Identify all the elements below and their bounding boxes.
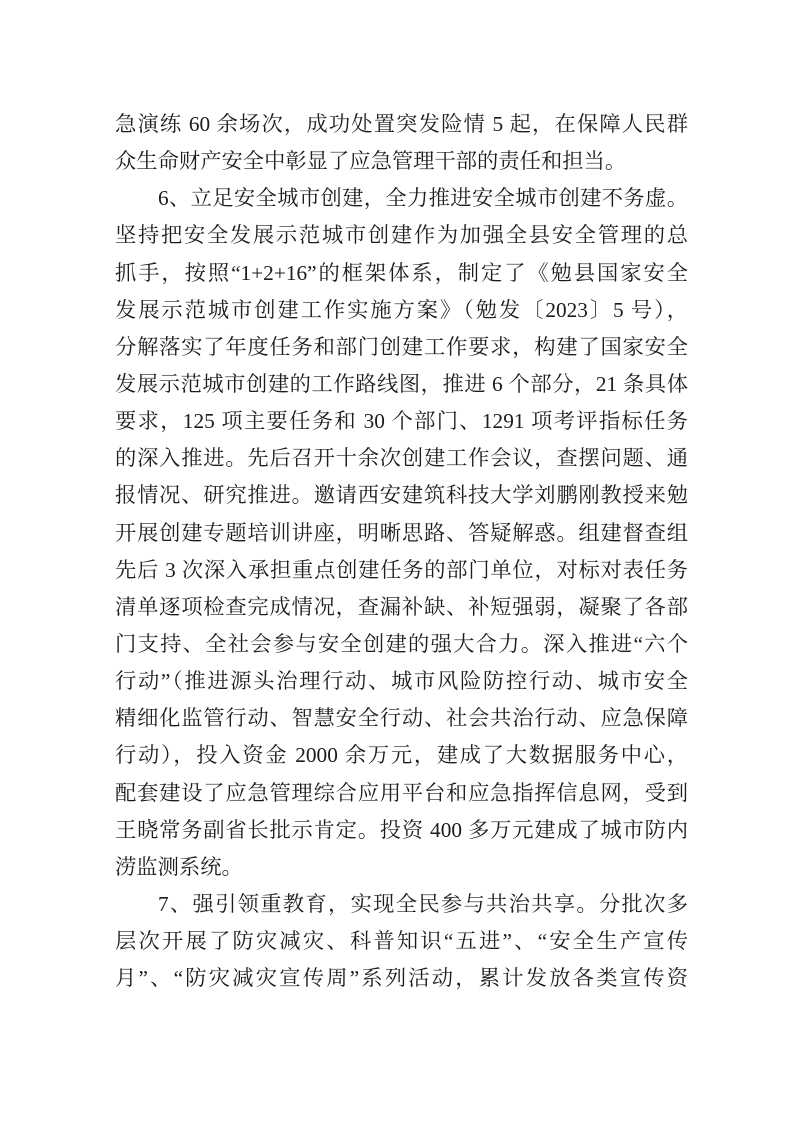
text-line: 涝监测系统。 (115, 849, 688, 886)
text-line-paragraph-7-start: 7、强引领重教育，实现全民参与共治共享。分批次多 (115, 886, 688, 923)
text-line: 王晓常务副省长批示肯定。投资 400 多万元建成了城市防内 (115, 812, 688, 849)
text-line: 报情况、研究推进。邀请西安建筑科技大学刘鹏刚教授来勉 (115, 477, 688, 514)
text-line: 发展示范城市创建的工作路线图，推进 6 个部分，21 条具体 (115, 366, 688, 403)
text-line: 分解落实了年度任务和部门创建工作要求，构建了国家安全 (115, 329, 688, 366)
text-line: 要求，125 项主要任务和 30 个部门、1291 项考评指标任务 (115, 403, 688, 440)
text-line: 坚持把安全发展示范城市创建作为加强全县安全管理的总 (115, 217, 688, 254)
text-line: 先后 3 次深入承担重点创建任务的部门单位，对标对表任务 (115, 552, 688, 589)
text-line: 配套建设了应急管理综合应用平台和应急指挥信息网，受到 (115, 775, 688, 812)
text-line: 众生命财产安全中彰显了应急管理干部的责任和担当。 (115, 143, 688, 180)
text-line: 行动），投入资金 2000 余万元，建成了大数据服务中心， (115, 737, 688, 774)
text-line: 开展创建专题培训讲座，明晰思路、答疑解惑。组建督查组 (115, 515, 688, 552)
text-line: 月”、“防灾减灾宣传周”系列活动，累计发放各类宣传资 (115, 960, 688, 997)
text-line: 发展示范城市创建工作实施方案》（勉发〔2023〕5 号）， (115, 292, 688, 329)
document-body-text: 急演练 60 余场次，成功处置突发险情 5 起，在保障人民群 众生命财产安全中彰… (115, 106, 688, 997)
text-line: 的深入推进。先后召开十余次创建工作会议，查摆问题、通 (115, 440, 688, 477)
text-line: 行动”（推进源头治理行动、城市风险防控行动、城市安全 (115, 663, 688, 700)
document-page: 急演练 60 余场次，成功处置突发险情 5 起，在保障人民群 众生命财产安全中彰… (0, 0, 793, 1122)
text-line: 门支持、全社会参与安全创建的强大合力。深入推进“六个 (115, 626, 688, 663)
text-line: 清单逐项检查完成情况，查漏补缺、补短强弱，凝聚了各部 (115, 589, 688, 626)
text-line: 急演练 60 余场次，成功处置突发险情 5 起，在保障人民群 (115, 106, 688, 143)
text-line: 层次开展了防灾减灾、科普知识“五进”、“安全生产宣传 (115, 923, 688, 960)
text-line: 抓手，按照“1+2+16”的框架体系，制定了《勉县国家安全 (115, 255, 688, 292)
text-line-paragraph-6-start: 6、立足安全城市创建，全力推进安全城市创建不务虚。 (115, 180, 688, 217)
text-line: 精细化监管行动、智慧安全行动、社会共治行动、应急保障 (115, 700, 688, 737)
